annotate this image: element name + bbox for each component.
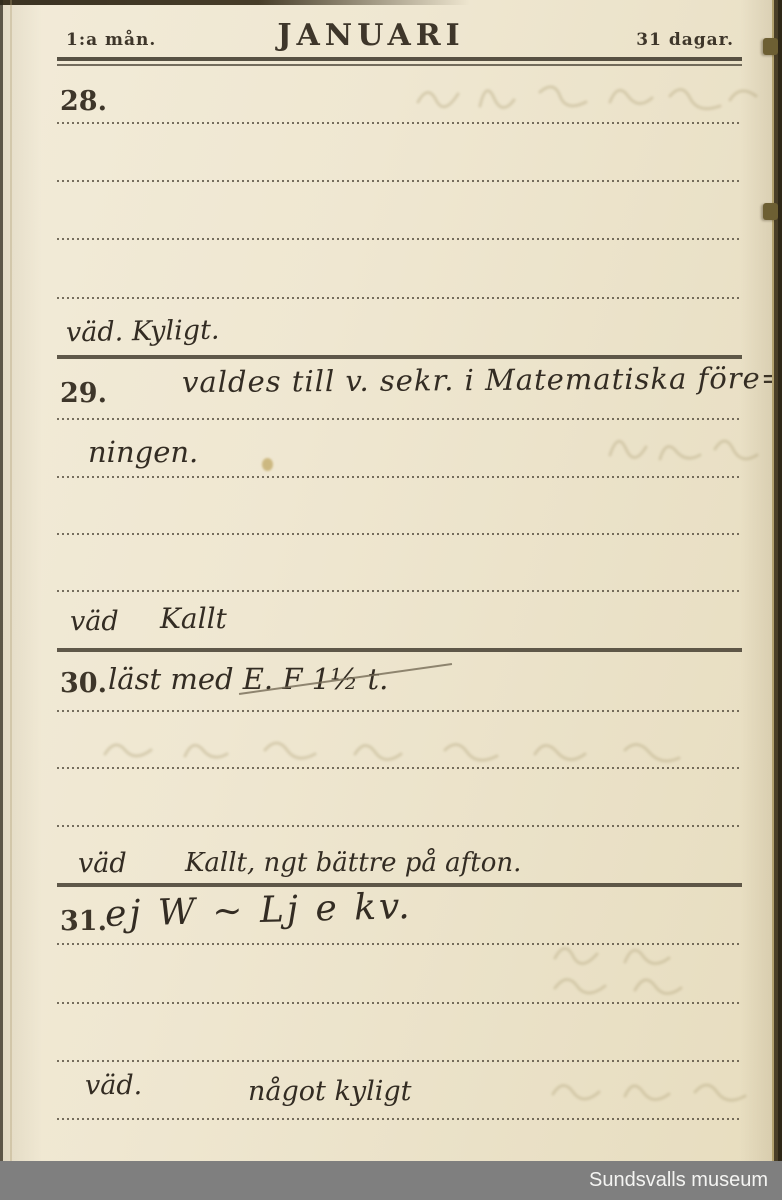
day-separator-rule: [57, 355, 742, 359]
dotted-rule: [57, 533, 741, 535]
weather-note-31: något kyligt: [248, 1078, 411, 1105]
days-label: 31 dagar.: [636, 30, 734, 50]
date-number-30: 30.: [60, 670, 107, 697]
page-edge-top: [0, 0, 470, 5]
page-shade-left: [0, 0, 42, 1161]
date-number-28: 28.: [60, 88, 107, 115]
page-shade-right: [740, 0, 774, 1161]
entry-scribble-31: ej W ~ Lj e kv.: [105, 889, 413, 933]
dotted-rule: [57, 590, 741, 592]
weather-label-29: väd: [70, 608, 119, 635]
weather-label-31: väd.: [85, 1072, 142, 1099]
entry-text-29-line1: valdes till v. sekr. i Matematiska före=: [182, 364, 782, 397]
binding-notch: [763, 38, 778, 55]
dotted-rule: [57, 710, 741, 712]
museum-watermark: Sundsvalls museum: [589, 1169, 768, 1192]
ghost-writing: [545, 928, 765, 998]
ink-stain: [262, 458, 273, 471]
dotted-rule: [57, 418, 741, 420]
entry-text-30-before: läst med: [108, 662, 243, 696]
dotted-rule: [57, 1002, 741, 1004]
weather-label-30: väd: [78, 850, 127, 877]
dotted-rule: [57, 122, 741, 124]
page-edge-left: [0, 0, 3, 1161]
date-number-29: 29.: [60, 380, 107, 407]
ghost-writing: [95, 726, 715, 768]
weather-note-28: väd. Kyligt.: [66, 317, 220, 347]
ghost-writing: [410, 72, 770, 120]
binding-notch: [763, 203, 778, 220]
ghost-writing: [545, 1066, 760, 1110]
dotted-rule: [57, 180, 741, 182]
weather-note-29: Kallt: [160, 605, 227, 633]
dotted-rule: [57, 767, 741, 769]
dotted-rule: [57, 476, 741, 478]
weather-note-30: Kallt, ngt bättre på afton.: [185, 850, 521, 876]
page-edge-right: [772, 0, 782, 1161]
entry-text-30-after: t.: [358, 662, 388, 696]
entry-text-29-line2: ningen.: [88, 438, 198, 467]
dotted-rule: [57, 943, 741, 945]
diary-page: 1:a mån. JANUARI 31 dagar. 28. väd. Kyli…: [0, 0, 782, 1161]
header-rule: [57, 57, 742, 61]
page-crease: [10, 0, 12, 1161]
dotted-rule: [57, 1060, 741, 1062]
watermark-bar: Sundsvalls museum: [0, 1161, 782, 1200]
dotted-rule: [57, 825, 741, 827]
dotted-rule: [57, 1118, 741, 1120]
header-rule: [57, 64, 742, 66]
date-number-31: 31.: [60, 908, 107, 935]
dotted-rule: [57, 238, 741, 240]
dotted-rule: [57, 297, 741, 299]
day-separator-rule: [57, 648, 742, 652]
month-title: JANUARI: [0, 18, 742, 53]
